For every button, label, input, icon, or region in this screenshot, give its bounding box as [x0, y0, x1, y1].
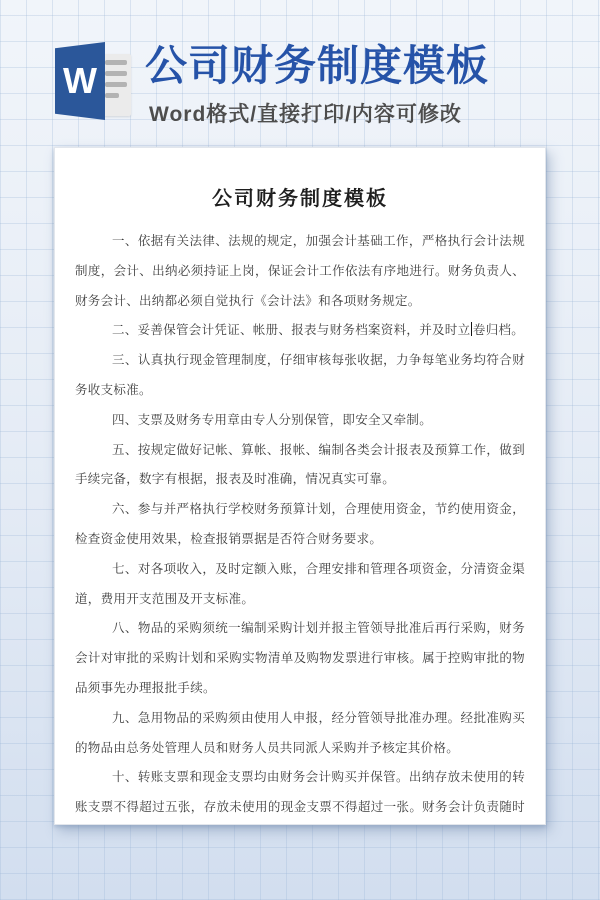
paragraph-7: 七、对各项收入，及时定额入账，合理安排和管理各项资金，分清资金渠道，费用开支范围…: [75, 555, 525, 615]
paragraph-3: 三、认真执行现金管理制度，仔细审核每张收据，力争每笔业务均符合财务收支标准。: [75, 346, 525, 406]
word-w-icon: W: [55, 42, 105, 120]
paragraph-9: 九、急用物品的采购须由使用人申报，经分管领导批准办理。经批准购买的物品由总务处管…: [75, 704, 525, 764]
word-logo-icon: W: [55, 42, 129, 126]
paragraph-2-text-before-cursor: 二、妥善保管会计凭证、帐册、报表与财务档案资料，并及时立: [112, 323, 470, 337]
banner-header: W 公司财务制度模板 Word格式/直接打印/内容可修改: [55, 42, 489, 128]
document-body: 一、依据有关法律、法规的规定，加强会计基础工作，严格执行会计法规制度，会计、出纳…: [75, 227, 525, 825]
document-title: 公司财务制度模板: [75, 182, 525, 211]
paragraph-1: 一、依据有关法律、法规的规定，加强会计基础工作，严格执行会计法规制度，会计、出纳…: [75, 227, 525, 316]
banner-text: 公司财务制度模板 Word格式/直接打印/内容可修改: [145, 42, 489, 128]
banner-title: 公司财务制度模板: [145, 42, 489, 90]
document-page[interactable]: 公司财务制度模板 一、依据有关法律、法规的规定，加强会计基础工作，严格执行会计法…: [54, 147, 546, 825]
word-doc-sheet-icon: [101, 54, 131, 116]
paragraph-4: 四、支票及财务专用章由专人分别保管，即安全又牵制。: [75, 406, 525, 436]
paragraph-2: 二、妥善保管会计凭证、帐册、报表与财务档案资料，并及时立卷归档。: [75, 316, 525, 346]
paragraph-2-text-after-cursor: 卷归档。: [473, 323, 524, 337]
word-letter: W: [63, 63, 97, 99]
paragraph-8: 八、物品的采购须统一编制采购计划并报主管领导批准后再行采购，财务会计对审批的采购…: [75, 614, 525, 703]
banner-subtitle: Word格式/直接打印/内容可修改: [149, 98, 489, 128]
paragraph-5: 五、按规定做好记帐、算帐、报帐、编制各类会计报表及预算工作，做到手续完备，数字有…: [75, 436, 525, 496]
paragraph-10: 十、转账支票和现金支票均由财务会计购买并保管。出纳存放未使用的转账支票不得超过五…: [75, 763, 525, 825]
paragraph-6: 六、参与并严格执行学校财务预算计划，合理使用资金，节约使用资金，检查资金使用效果…: [75, 495, 525, 555]
template-preview: W 公司财务制度模板 Word格式/直接打印/内容可修改 公司财务制度模板 一、…: [0, 0, 600, 900]
